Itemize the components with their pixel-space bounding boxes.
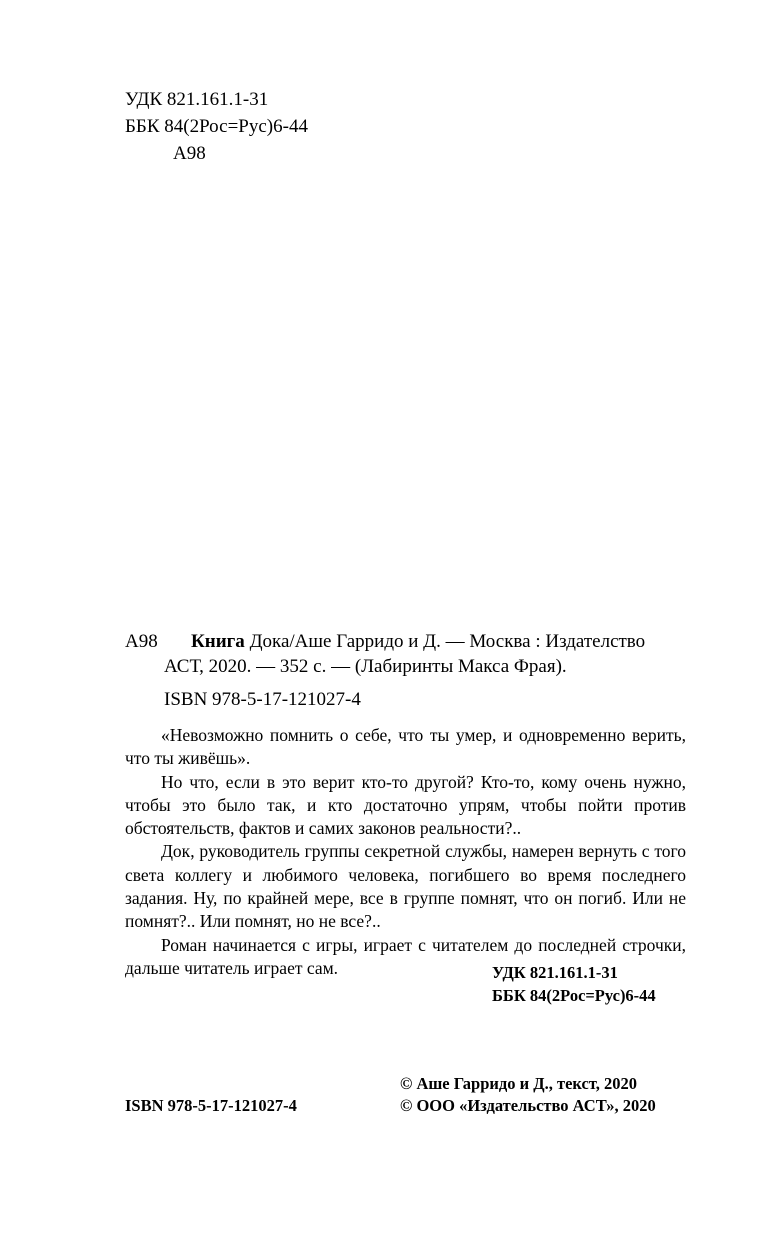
- catalog-line-1: Книга Дока/Аше Гарридо и Д. — Москва : И…: [191, 630, 645, 654]
- header-udk: УДК 821.161.1-31: [125, 86, 268, 113]
- catalog-author-mark: А98: [125, 630, 158, 654]
- classification-bbk: ББК 84(2Рос=Рус)6-44: [492, 984, 656, 1007]
- annotation-paragraph: Док, руководитель группы секретной служб…: [125, 840, 686, 933]
- annotation-paragraph: Но что, если в это верит кто-то другой? …: [125, 771, 686, 841]
- header-bbk: ББК 84(2Рос=Рус)6-44: [125, 113, 308, 140]
- copyright-text: © Аше Гарридо и Д., текст, 2020: [400, 1072, 637, 1095]
- classification-udk: УДК 821.161.1-31: [492, 961, 618, 984]
- annotation-paragraph: «Невозможно помнить о себе, что ты умер,…: [125, 724, 686, 771]
- copyright-publisher: © ООО «Издательство АСТ», 2020: [400, 1094, 656, 1117]
- catalog-line-2: АСТ, 2020. — 352 с. — (Лабиринты Макса Ф…: [164, 655, 567, 679]
- footer-isbn: ISBN 978-5-17-121027-4: [125, 1094, 297, 1117]
- annotation: «Невозможно помнить о себе, что ты умер,…: [125, 724, 686, 980]
- catalog-line-1-rest: Дока/Аше Гарридо и Д. — Москва : Издател…: [245, 631, 645, 652]
- header-author-mark: А98: [173, 140, 206, 167]
- catalog-isbn: ISBN 978-5-17-121027-4: [164, 688, 361, 712]
- catalog-title: Книга: [191, 631, 245, 652]
